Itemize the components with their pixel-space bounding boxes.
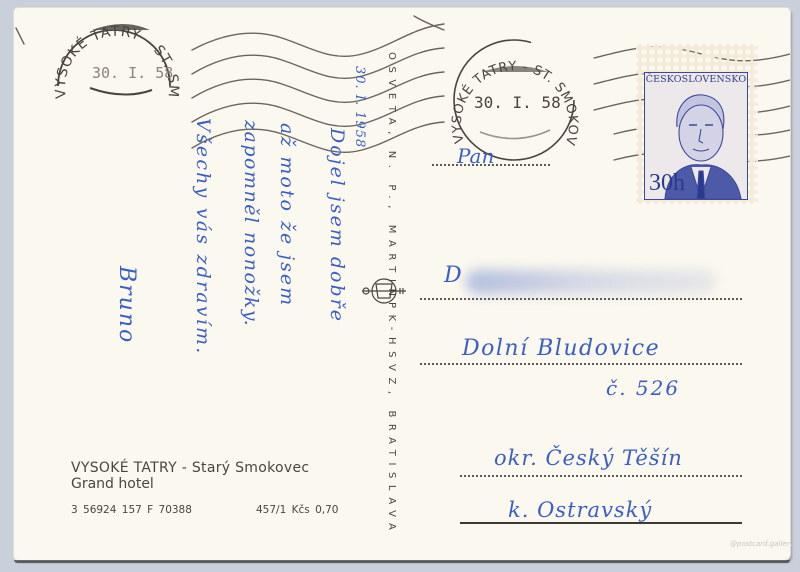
watermark: @postcard.gallery bbox=[730, 540, 794, 548]
message-line: zapomněl nonožky. bbox=[240, 120, 262, 327]
address-house-number: č. 526 bbox=[606, 376, 680, 400]
address-town: Dolní Bludovice bbox=[462, 336, 660, 361]
publisher-imprint-bottom: PK-HSVZ, BRATISLAVA bbox=[386, 302, 397, 536]
address-line bbox=[460, 522, 742, 524]
postcard-back: VYSOKÉ TATRY - ST. SMOKOVEC 30. I. 58 VY… bbox=[14, 8, 790, 560]
message-line: Všechy vás zdravím. bbox=[192, 118, 214, 355]
postmark-right-date: 30. I. 58 bbox=[474, 93, 561, 112]
message-line: až moto že jsem bbox=[276, 123, 298, 307]
address-line bbox=[432, 164, 550, 166]
address-region: k. Ostravský bbox=[508, 498, 652, 522]
postmark-right-ring-text: VYSOKÉ TATRY - ST. SMOKOVEC bbox=[444, 34, 580, 147]
svg-text:VYSOKÉ TATRY - ST. SMOKOVEC: VYSOKÉ TATRY - ST. SMOKOVEC bbox=[40, 8, 181, 99]
publisher-imprint-top: OSVETA, N. P., MARTIN bbox=[386, 52, 397, 303]
catalog-codes: 3 56924 157 F 70388 bbox=[71, 504, 192, 516]
stamp-image: ČESKOSLOVENSKO 30h bbox=[644, 72, 748, 200]
message-line: Dojel jsem dobře bbox=[326, 128, 348, 323]
address-name-initial: D bbox=[444, 263, 462, 288]
postmark-left: VYSOKÉ TATRY - ST. SMOKOVEC 30. I. 58 bbox=[40, 8, 190, 120]
caption-subtitle: Grand hotel bbox=[71, 476, 154, 492]
address-line bbox=[420, 363, 742, 365]
stamp-value: 30h bbox=[649, 170, 685, 197]
caption-title: VYSOKÉ TATRY - Starý Smokovec bbox=[71, 460, 309, 476]
address-name-redacted bbox=[466, 270, 716, 294]
postmark-left-date: 30. I. 58 bbox=[92, 64, 173, 82]
address-district: okr. Český Těšín bbox=[494, 446, 683, 470]
address-line bbox=[460, 475, 742, 477]
svg-text:VYSOKÉ TATRY - ST. SMOKOVEC: VYSOKÉ TATRY - ST. SMOKOVEC bbox=[444, 34, 580, 147]
address-line bbox=[420, 298, 742, 300]
price-code: 457/1 Kčs 0,70 bbox=[256, 504, 338, 516]
message-date: 30. I. 1958 bbox=[352, 66, 367, 148]
publisher-logo-icon bbox=[362, 276, 408, 306]
postmark-left-ring-text: VYSOKÉ TATRY - ST. SMOKOVEC bbox=[40, 8, 181, 99]
message-signature: Bruno bbox=[114, 266, 139, 344]
